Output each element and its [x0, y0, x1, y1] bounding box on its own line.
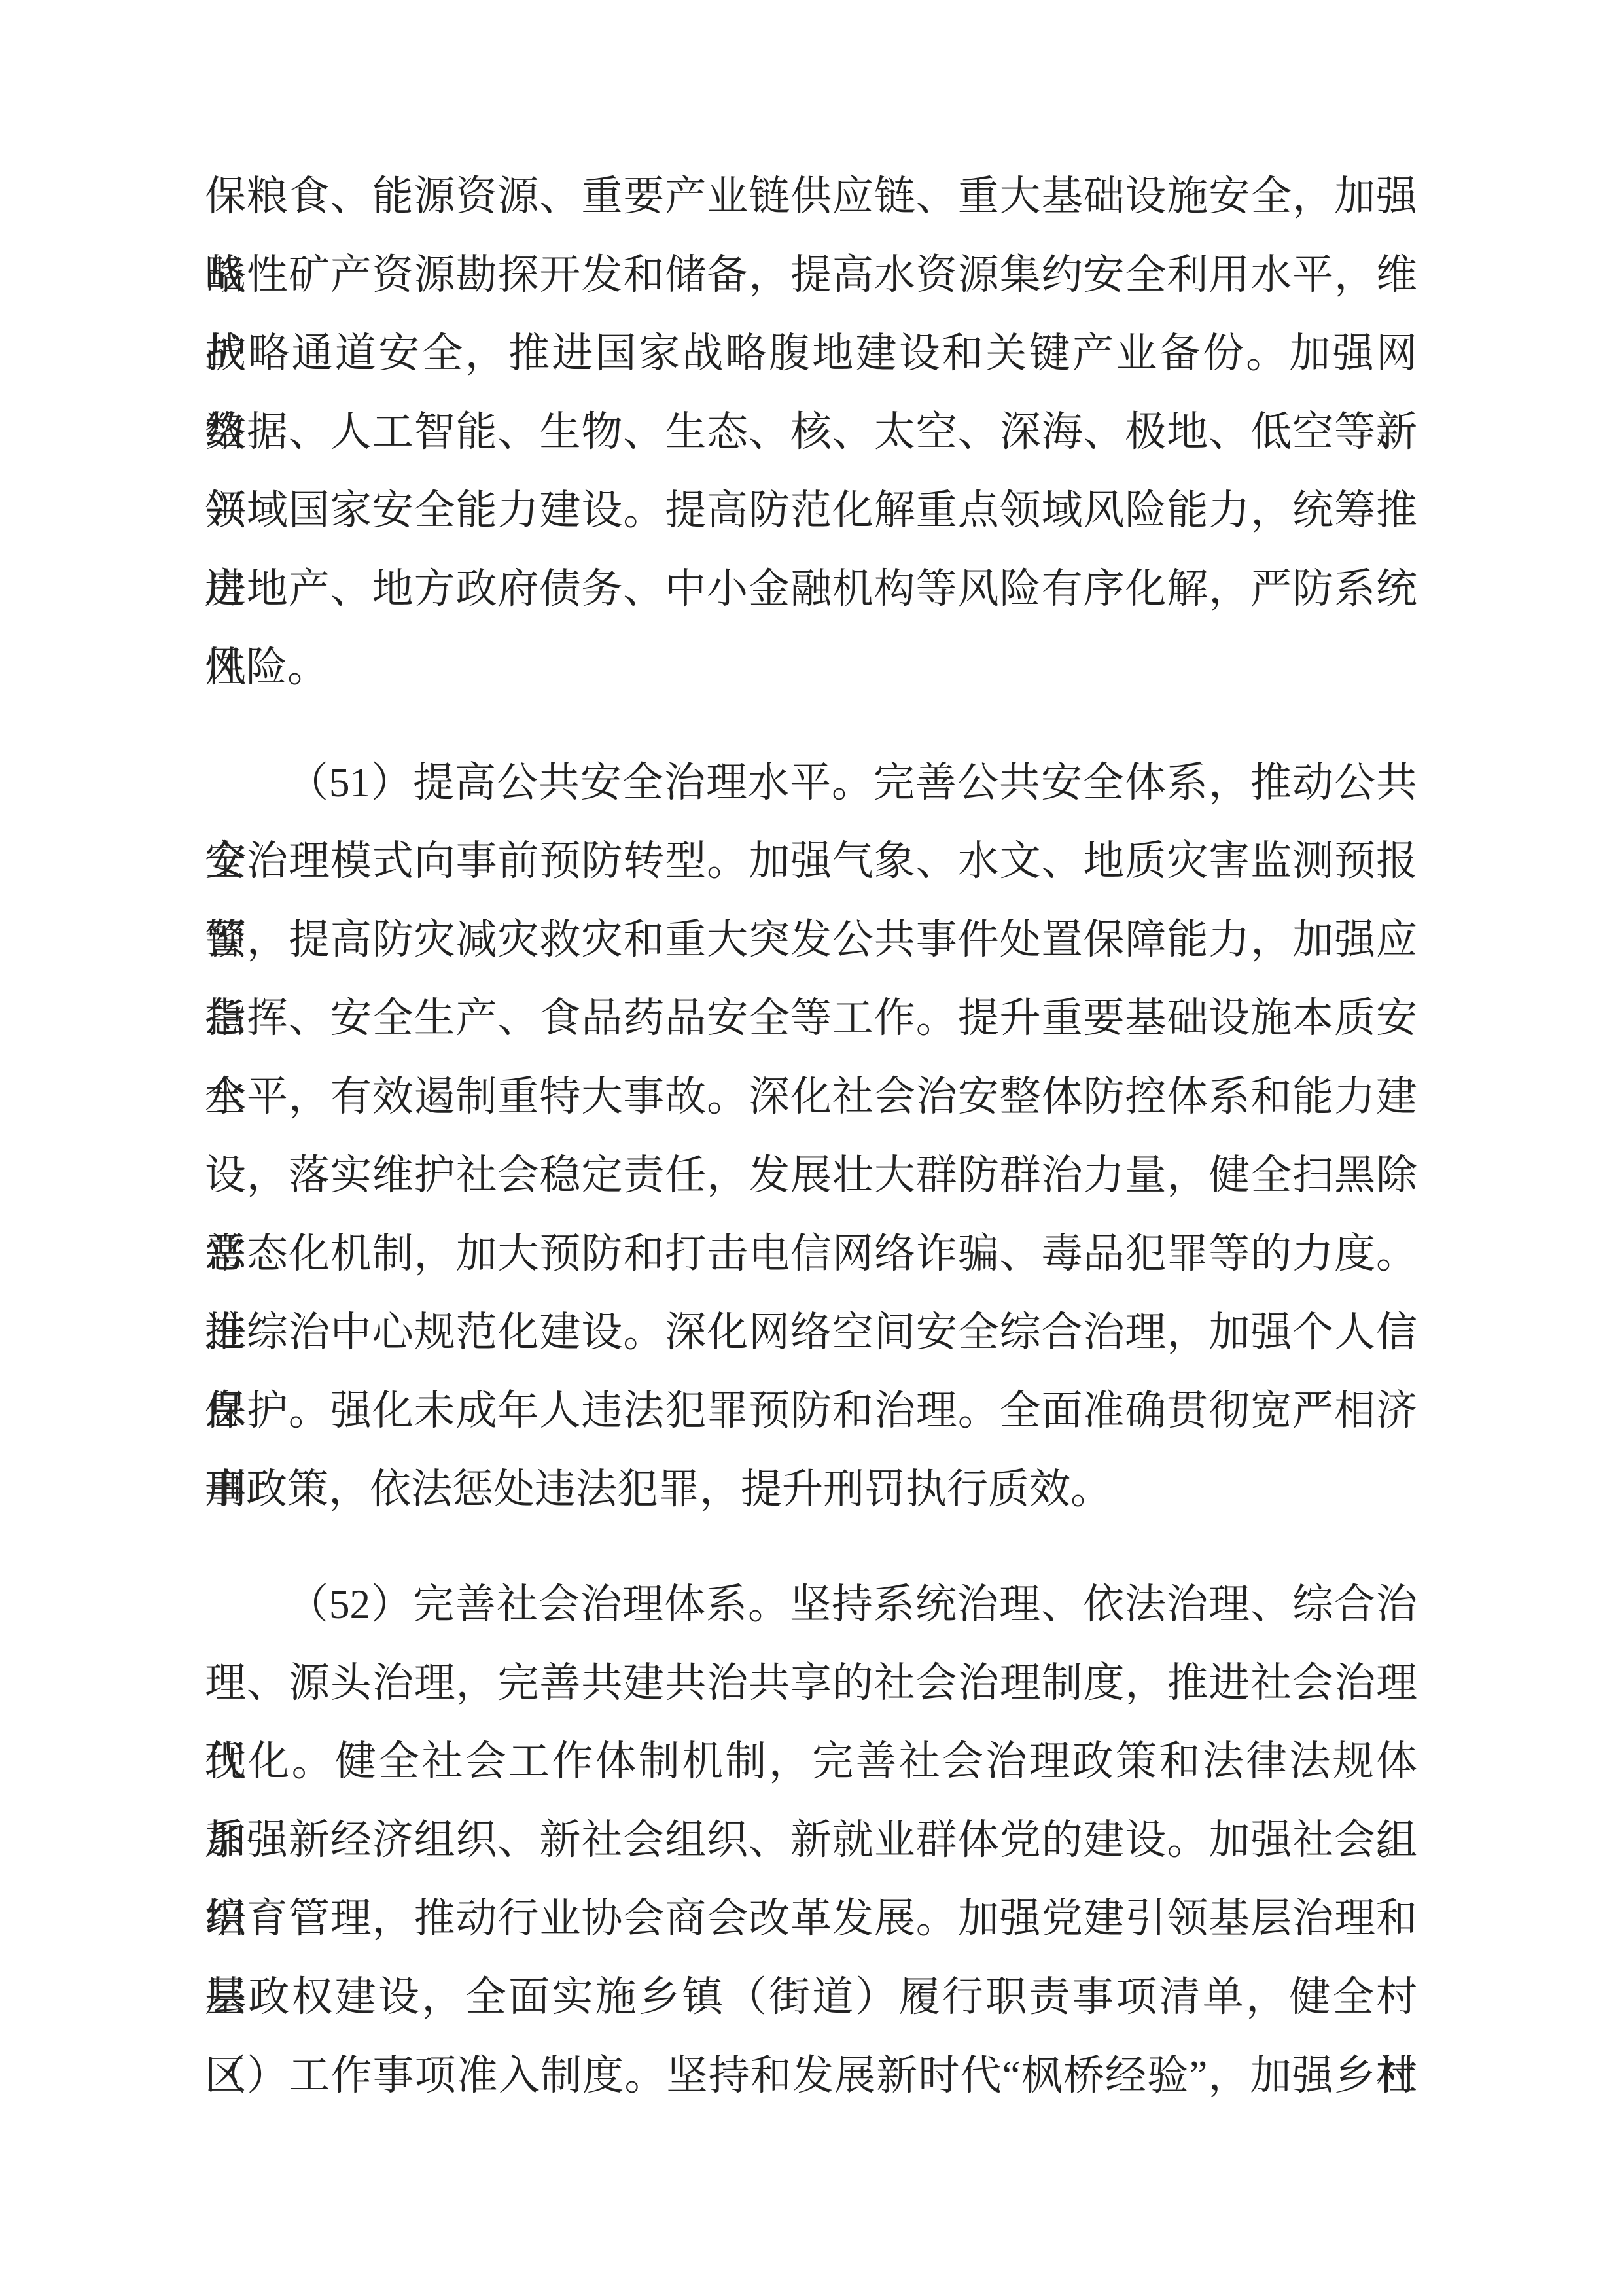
paragraph-52: （52）完善社会治理体系。坚持系统治理、依法治理、综合治理、源头治理，完善共建共… [205, 1565, 1417, 2115]
text-line: 常态化机制，加大预防和打击电信网络诈骗、毒品犯罪等的力度。推 [205, 1214, 1417, 1293]
text-line: 事政策，依法惩处违法犯罪，提升刑罚执行质效。 [205, 1450, 1417, 1528]
text-line: （52）完善社会治理体系。坚持系统治理、依法治理、综合治 [205, 1565, 1417, 1644]
text-line: 房地产、地方政府债务、中小金融机构等风险有序化解，严防系统性 [205, 550, 1417, 628]
text-line: 指挥、安全生产、食品药品安全等工作。提升重要基础设施本质安全 [205, 979, 1417, 1057]
text-line: 全治理模式向事前预防转型。加强气象、水文、地质灾害监测预报预 [205, 822, 1417, 900]
text-line: 风险。 [205, 628, 1417, 707]
text-line: 战略通道安全，推进国家战略腹地建设和关键产业备份。加强网络、 [205, 314, 1417, 393]
text-line: （51）提高公共安全治理水平。完善公共安全体系，推动公共安 [205, 743, 1417, 822]
text-line: 数据、人工智能、生物、生态、核、太空、深海、极地、低空等新兴 [205, 393, 1417, 471]
document-page: 保粮食、能源资源、重要产业链供应链、重大基础设施安全，加强战略性矿产资源勘探开发… [0, 0, 1622, 2296]
text-line: 保护。强化未成年人违法犯罪预防和治理。全面准确贯彻宽严相济刑 [205, 1371, 1417, 1450]
text-line: 区）工作事项准入制度。坚持和发展新时代“枫桥经验”，加强乡村 [205, 2036, 1417, 2115]
paragraph-continuation: 保粮食、能源资源、重要产业链供应链、重大基础设施安全，加强战略性矿产资源勘探开发… [205, 157, 1417, 707]
text-line: 保粮食、能源资源、重要产业链供应链、重大基础设施安全，加强战 [205, 157, 1417, 236]
text-line: 加强新经济组织、新社会组织、新就业群体党的建设。加强社会组织 [205, 1801, 1417, 1879]
text-block: 保粮食、能源资源、重要产业链供应链、重大基础设施安全，加强战略性矿产资源勘探开发… [205, 157, 1417, 2115]
text-line: 代化。健全社会工作体制机制，完善社会治理政策和法律法规体系。 [205, 1722, 1417, 1801]
text-line: 设，落实维护社会稳定责任，发展壮大群防群治力量，健全扫黑除恶 [205, 1136, 1417, 1214]
text-line: 培育管理，推动行业协会商会改革发展。加强党建引领基层治理和基 [205, 1879, 1417, 1958]
text-line: 水平，有效遏制重特大事故。深化社会治安整体防控体系和能力建 [205, 1057, 1417, 1136]
paragraph-51: （51）提高公共安全治理水平。完善公共安全体系，推动公共安全治理模式向事前预防转… [205, 743, 1417, 1528]
text-line: 理、源头治理，完善共建共治共享的社会治理制度，推进社会治理现 [205, 1644, 1417, 1722]
text-line: 层政权建设，全面实施乡镇（街道）履行职责事项清单，健全村（社 [205, 1958, 1417, 2036]
text-line: 领域国家安全能力建设。提高防范化解重点领域风险能力，统筹推进 [205, 471, 1417, 550]
text-line: 略性矿产资源勘探开发和储备，提高水资源集约安全利用水平，维护 [205, 236, 1417, 314]
text-line: 警，提高防灾减灾救灾和重大突发公共事件处置保障能力，加强应急 [205, 900, 1417, 979]
text-line: 进综治中心规范化建设。深化网络空间安全综合治理，加强个人信息 [205, 1293, 1417, 1371]
